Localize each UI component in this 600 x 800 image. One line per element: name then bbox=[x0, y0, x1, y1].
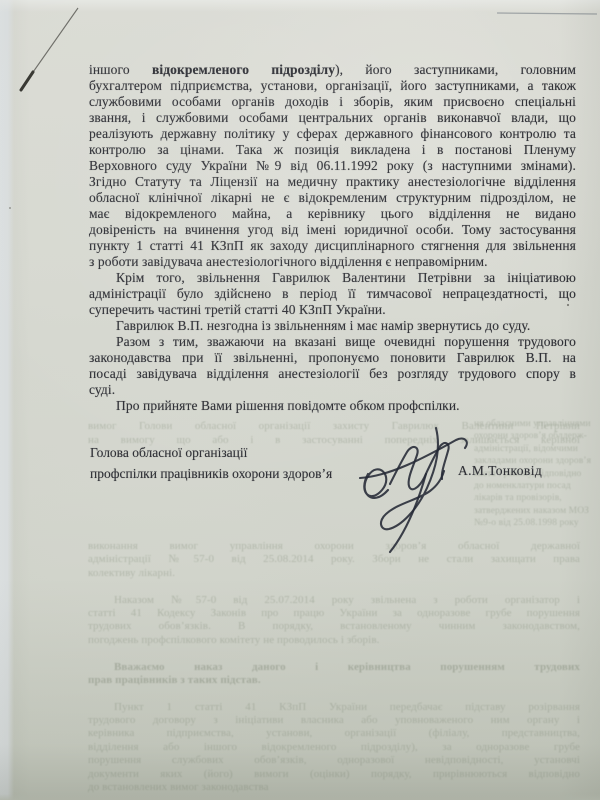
text-line: пункту 1 статті 41 КЗпП як заходу дисцип… bbox=[89, 238, 576, 254]
document-sheet: вимог Голови обласної організації захист… bbox=[0, 0, 600, 800]
text-line: бухгалтером підприємства, установи, орга… bbox=[89, 78, 576, 94]
text-line: довіреність на вчинення угод від імені ю… bbox=[89, 222, 576, 238]
crease-line bbox=[497, 13, 597, 14]
text-run: ), його заступниками, головним bbox=[335, 62, 576, 77]
text-line: суперечить частині третій статті 40 КЗпП… bbox=[89, 302, 576, 318]
handwritten-signature bbox=[352, 422, 482, 562]
letter-body-text: іншого відокремленого підрозділу), його … bbox=[89, 62, 576, 414]
text-line: звання, і службовими особами центральних… bbox=[89, 110, 576, 126]
bold-text-run: відокремленого підрозділу bbox=[152, 62, 335, 77]
text-line: має відокремленого майна, а керівнику ць… bbox=[89, 206, 576, 222]
pen-scratch-blob bbox=[21, 72, 33, 90]
text-line: Крім того, звільнення Гаврилюк Валентини… bbox=[89, 270, 576, 286]
text-line: законодавства при її звільненні, пропону… bbox=[89, 350, 576, 366]
text-run: іншого bbox=[89, 62, 152, 77]
text-line: з роботи завідувача анестезіологічного в… bbox=[89, 254, 576, 270]
signer-name: А.М.Тонковід bbox=[458, 463, 542, 479]
text-line: посаді завідувача відділення анестезіоло… bbox=[89, 366, 576, 382]
text-line: іншого відокремленого підрозділу), його … bbox=[89, 62, 576, 78]
text-line: реалізують державну політику у сферах де… bbox=[89, 126, 576, 142]
speck-dot bbox=[9, 207, 11, 209]
text-line: адміністрації було здійснено в період її… bbox=[89, 286, 576, 302]
text-line: обласної клінічної лікарні не є відокрем… bbox=[89, 190, 576, 206]
text-line: суді. bbox=[89, 382, 576, 398]
text-line: Разом з тим, зважаючи на вказані вище оч… bbox=[89, 334, 576, 350]
text-line: Про прийняте Вами рішення повідомте обко… bbox=[89, 398, 576, 414]
pen-scratch-mark bbox=[31, 8, 78, 75]
text-line: Верховного суду України №9 від 06.11.199… bbox=[89, 158, 576, 174]
signature-flourish bbox=[360, 439, 467, 478]
text-line: службовими особами органів доходів і збо… bbox=[89, 94, 576, 110]
text-line: контролю за цінами. Така ж позиція викла… bbox=[89, 142, 576, 158]
text-line: Згідно Статуту та Ліцензії на медичну пр… bbox=[89, 174, 576, 190]
text-line: Гаврилюк В.П. незгодна із звільненням і … bbox=[89, 318, 576, 334]
